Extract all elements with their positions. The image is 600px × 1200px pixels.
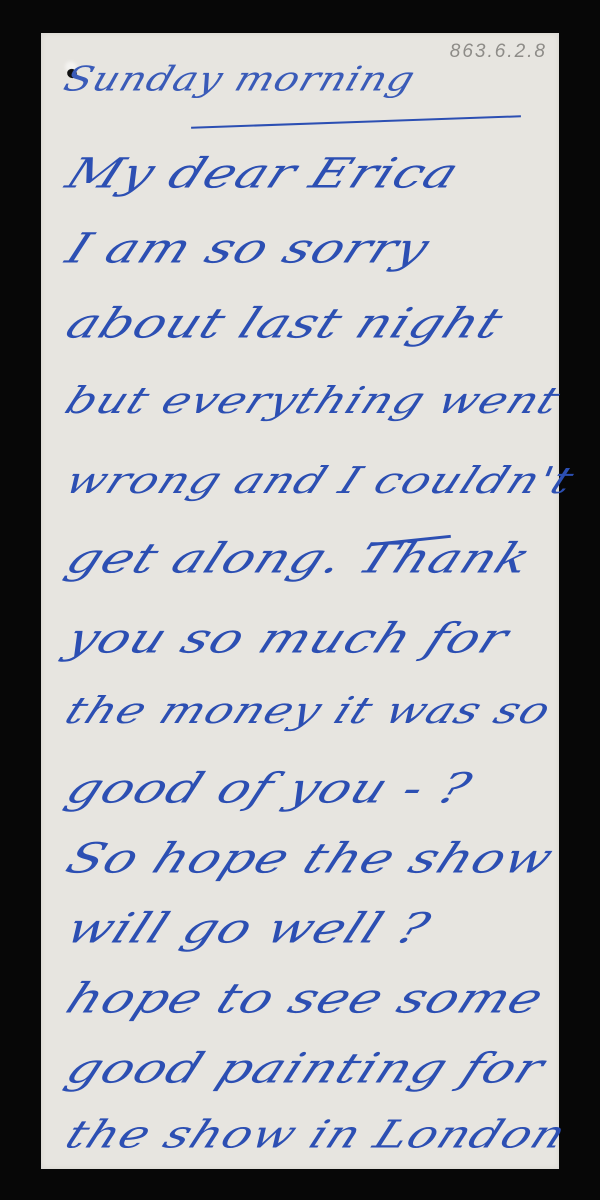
letter-line: will go well ? <box>59 905 437 953</box>
letter-line: about last night <box>59 300 510 348</box>
letter-paper: 863.6.2.8 Sunday morning My dear Erica I… <box>41 33 559 1169</box>
letter-line: good of you - ? <box>59 765 479 813</box>
letter-line: hope to see some <box>59 975 551 1023</box>
letter-line: you so much for <box>59 615 516 663</box>
letter-line: So hope the show <box>59 835 561 883</box>
letter-line: the money it was so <box>59 689 558 732</box>
letter-line: good painting for <box>59 1045 552 1093</box>
letter-line: I am so sorry <box>59 225 437 273</box>
letter-line: My dear Erica <box>59 150 467 198</box>
letter-line: the show in London <box>59 1112 574 1157</box>
letter-line: but everything went <box>59 379 567 422</box>
handwritten-text: Sunday morning My dear Erica I am so sor… <box>41 33 559 1169</box>
letter-line: get along. Thank <box>59 535 539 583</box>
letter-line: wrong and I couldn't <box>59 459 581 502</box>
heading-underline <box>191 115 521 129</box>
letter-heading: Sunday morning <box>59 60 420 99</box>
